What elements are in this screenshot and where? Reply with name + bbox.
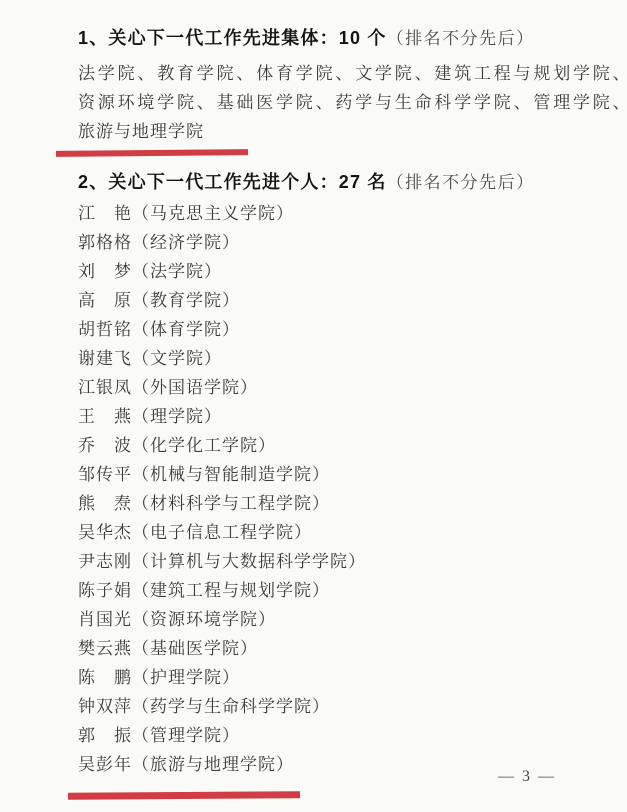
page-number: — 3 —	[498, 768, 556, 786]
collective-heading-bold: 1、关心下一代工作先进集体：10 个	[78, 28, 387, 48]
individual-heading-note: （排名不分先后）	[387, 173, 535, 192]
collective-list-paragraph: 法学院、教育学院、体育学院、文学院、建筑工程与规划学院、 资源环境学院、基础医学…	[78, 59, 583, 146]
list-item: 江 艳（马克思主义学院）	[78, 199, 583, 228]
list-item: 江银凤（外国语学院）	[78, 373, 583, 402]
list-item: 尹志刚（计算机与大数据科学学院）	[78, 547, 583, 576]
list-item: 钟双萍（药学与生命科学学院）	[78, 692, 583, 721]
collective-section-heading: 1、关心下一代工作先进集体：10 个（排名不分先后）	[78, 24, 583, 53]
list-item: 乔 波（化学化工学院）	[78, 431, 583, 460]
list-item: 高 原（教育学院）	[78, 286, 583, 315]
individual-heading-bold: 2、关心下一代工作先进个人：27 名	[78, 172, 387, 192]
list-item: 胡哲铭（体育学院）	[78, 315, 583, 344]
list-item: 樊云燕（基础医学院）	[78, 634, 583, 663]
individual-section-heading: 2、关心下一代工作先进个人：27 名（排名不分先后）	[78, 168, 583, 197]
list-item: 郭格格（经济学院）	[78, 228, 583, 257]
list-item: 陈 鹏（护理学院）	[78, 663, 583, 692]
list-item: 肖国光（资源环境学院）	[78, 605, 583, 634]
list-item: 吴华杰（电子信息工程学院）	[78, 518, 583, 547]
list-item: 邹传平（机械与智能制造学院）	[78, 460, 583, 489]
document-page: 1、关心下一代工作先进集体：10 个（排名不分先后） 法学院、教育学院、体育学院…	[0, 0, 627, 812]
collective-heading-note: （排名不分先后）	[387, 29, 535, 48]
collective-line-1: 法学院、教育学院、体育学院、文学院、建筑工程与规划学院、	[78, 59, 583, 88]
red-underline-bottom	[68, 791, 300, 800]
collective-line-3: 旅游与地理学院	[78, 117, 583, 146]
list-item: 陈子娟（建筑工程与规划学院）	[78, 576, 583, 605]
red-underline-top	[56, 149, 248, 157]
list-item: 王 燕（理学院）	[78, 402, 583, 431]
individual-name-list: 江 艳（马克思主义学院） 郭格格（经济学院） 刘 梦（法学院） 高 原（教育学院…	[78, 199, 583, 779]
list-item: 郭 振（管理学院）	[78, 721, 583, 750]
document-content: 1、关心下一代工作先进集体：10 个（排名不分先后） 法学院、教育学院、体育学院…	[78, 24, 583, 779]
list-item: 刘 梦（法学院）	[78, 257, 583, 286]
list-item: 熊 焘（材料科学与工程学院）	[78, 489, 583, 518]
collective-line-2: 资源环境学院、基础医学院、药学与生命科学学院、管理学院、	[78, 88, 583, 117]
list-item: 谢建飞（文学院）	[78, 344, 583, 373]
